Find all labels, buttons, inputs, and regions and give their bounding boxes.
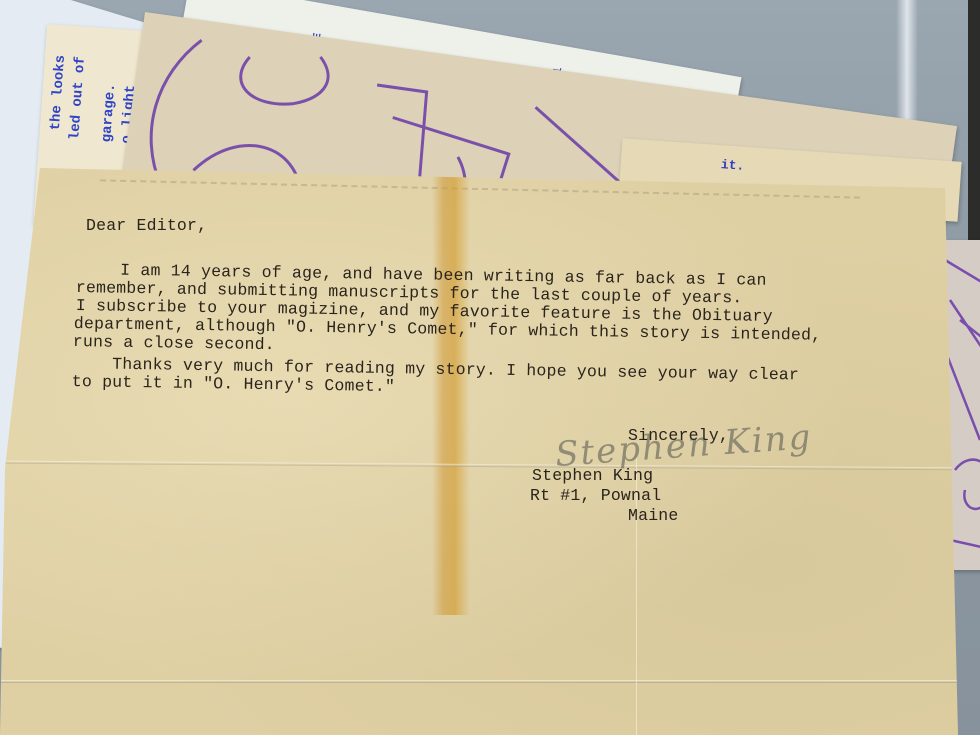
letter-body-line: runs a close second. [73, 332, 275, 354]
letter-salutation: Dear Editor, [86, 216, 207, 235]
paper-fold [0, 461, 960, 471]
story-line: garage. [99, 83, 119, 143]
story-line: led out of [67, 56, 89, 141]
letter-closing: Sincerely, [628, 426, 729, 445]
tape-stain [432, 170, 470, 615]
address-line-2: Maine [628, 506, 679, 525]
strip-text: it. [720, 157, 744, 174]
display-frame-edge [968, 0, 980, 260]
letter-body-line: to put it in "O. Henry's Comet." [72, 372, 396, 396]
typed-letter: Dear Editor, I am 14 years of age, and h… [0, 168, 960, 735]
address-line-1: Rt #1, Pownal [530, 486, 661, 505]
typed-name: Stephen King [532, 466, 653, 485]
paper-fold-lower [0, 680, 960, 683]
story-line: the looks [48, 54, 69, 131]
